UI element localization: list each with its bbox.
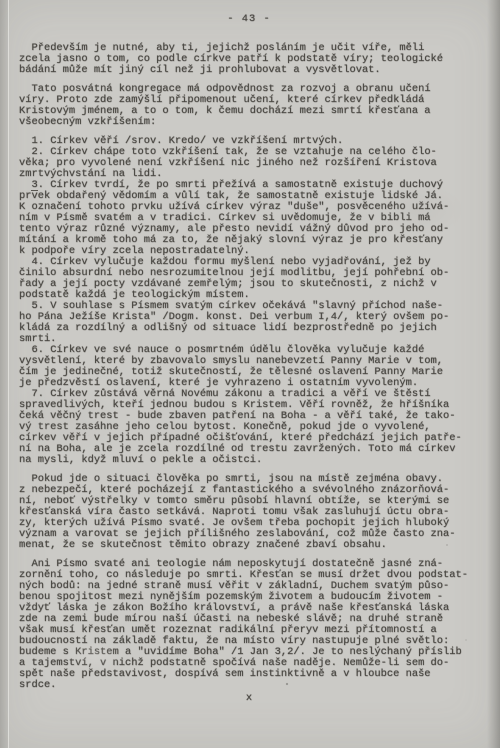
section-end-mark: x [19,693,479,704]
list-item-3: 3. Církev tvrdí, že po smrti přežívá a s… [19,180,487,257]
typewritten-text: - 43 - Především je nutné, aby ti, jejic… [19,14,487,704]
list-item-2: 2. Církev chápe toto vzkříšení tak, že s… [19,147,487,180]
paragraph-closing-2: Ani Písmo svaté ani teologie nám neposky… [19,559,487,691]
paragraph-intro-1: Především je nutné, aby ti, jejichž posl… [19,43,487,76]
list-item-4: 4. Církev vylučuje každou formu myšlení … [19,257,487,301]
list-item-6: 6. Církev ve své nauce o posmrtném údělu… [19,345,487,389]
list-item-7: 7. Církev zůstává věrná Novému zákonu a … [19,389,487,466]
paragraph-intro-2: Tato posvátná kongregace má odpovědnost … [19,84,487,128]
page-number: - 43 - [19,14,479,25]
page-edge-shadow-right [487,0,500,748]
list-item-5: 5. V souhlase s Písmem svatým církev oče… [19,301,487,345]
page-edge-shadow-left [0,0,8,748]
page-edge-line [8,0,9,748]
paragraph-closing-1: Pokud jde o situaci člověka po smrti, js… [19,474,487,551]
scanned-page: - 43 - Především je nutné, aby ti, jejic… [0,0,500,748]
